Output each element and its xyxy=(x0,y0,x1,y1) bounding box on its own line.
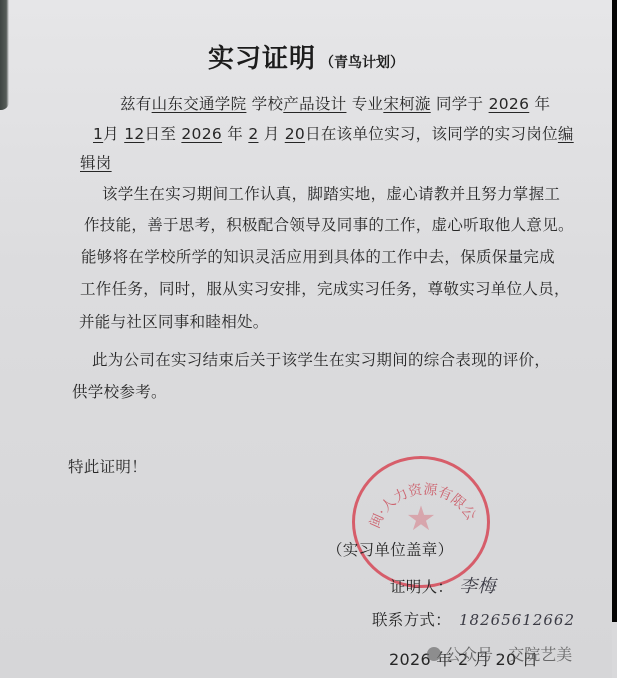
end-suffix: 日在该单位实习，该同学的实习岗位 xyxy=(305,125,558,143)
watermark-text: 公众号 · 交院艺美 xyxy=(445,645,572,664)
intro-line-2: 1月 12日至 2026 年 2 月 20日在该单位实习，该同学的实习岗位编 xyxy=(93,122,574,144)
seal-star-icon: ★ xyxy=(406,499,436,539)
document-page: 实习证明（青鸟计划） 兹有山东交通学院 学校产品设计 专业宋柯漩 同学于 202… xyxy=(0,0,612,678)
student-name: 宋柯漩 xyxy=(383,95,430,113)
month-char: 月 xyxy=(103,125,119,143)
end-month: 2 xyxy=(248,125,258,143)
contact-label: 联系方式： xyxy=(372,611,451,629)
title-subtitle: （青鸟计划） xyxy=(320,55,404,71)
para2-line-4: 工作任务，同时，服从实习安排，完成实习任务，尊敬实习单位人员， xyxy=(80,277,570,299)
student-suffix: 同学于 xyxy=(436,95,483,113)
document-title: 实习证明（青鸟计划） xyxy=(0,38,612,75)
position-part1: 编 xyxy=(558,125,574,143)
position-part2: 辑岗 xyxy=(80,154,112,172)
photo-edge-band xyxy=(612,0,617,622)
major-suffix: 专业 xyxy=(352,95,384,113)
start-month: 1 xyxy=(93,125,103,143)
watermark: 公众号 · 交院艺美 xyxy=(427,642,572,665)
company-seal: 闽·人力资源有限公 ★ xyxy=(352,456,490,588)
para2-line-2: 作技能，善于思考，积极配合领导及同事的工作，虚心听取他人意见。 xyxy=(84,213,574,235)
end-year: 2026 xyxy=(181,125,222,143)
end-day: 20 xyxy=(285,125,305,143)
start-year: 2026 xyxy=(489,95,530,113)
school-suffix: 学校 xyxy=(252,95,284,113)
year-char: 年 xyxy=(534,95,550,113)
intro-line-1: 兹有山东交通学院 学校产品设计 专业宋柯漩 同学于 2026 年 xyxy=(120,92,550,114)
school-name: 山东交通学院 xyxy=(152,95,247,113)
certifier-row: 证明人：李梅 xyxy=(390,572,496,598)
contact-row: 联系方式：18265612662 xyxy=(372,608,575,630)
closing-text: 特此证明！ xyxy=(68,455,147,477)
para2-line-3: 能够将在学校所学的知识灵活应用到具体的工作中去，保质保量完成 xyxy=(81,245,555,267)
day-to: 日至 xyxy=(145,125,177,143)
intro-prefix: 兹有 xyxy=(120,95,152,113)
major-name: 产品设计 xyxy=(283,95,346,113)
intro-line-3: 辑岗 xyxy=(80,151,112,173)
para2-line-1: 该学生在实习期间工作认真，脚踏实地，虚心请教并且努力掌握工 xyxy=(102,182,560,204)
para3-line-1: 此为公司在实习结束后关于该学生在实习期间的综合表现的评价， xyxy=(92,348,550,370)
certifier-signature: 李梅 xyxy=(459,576,496,597)
certifier-label: 证明人： xyxy=(390,578,453,596)
wechat-account-icon xyxy=(427,647,441,661)
stamp-label: （实习单位盖章） xyxy=(327,538,453,560)
para2-line-5: 并能与社区同事和睦相处。 xyxy=(79,310,269,332)
title-main: 实习证明 xyxy=(208,44,316,74)
para3-line-2: 供学校参考。 xyxy=(72,380,167,402)
contact-phone: 18265612662 xyxy=(459,611,575,629)
start-day: 12 xyxy=(124,125,144,143)
